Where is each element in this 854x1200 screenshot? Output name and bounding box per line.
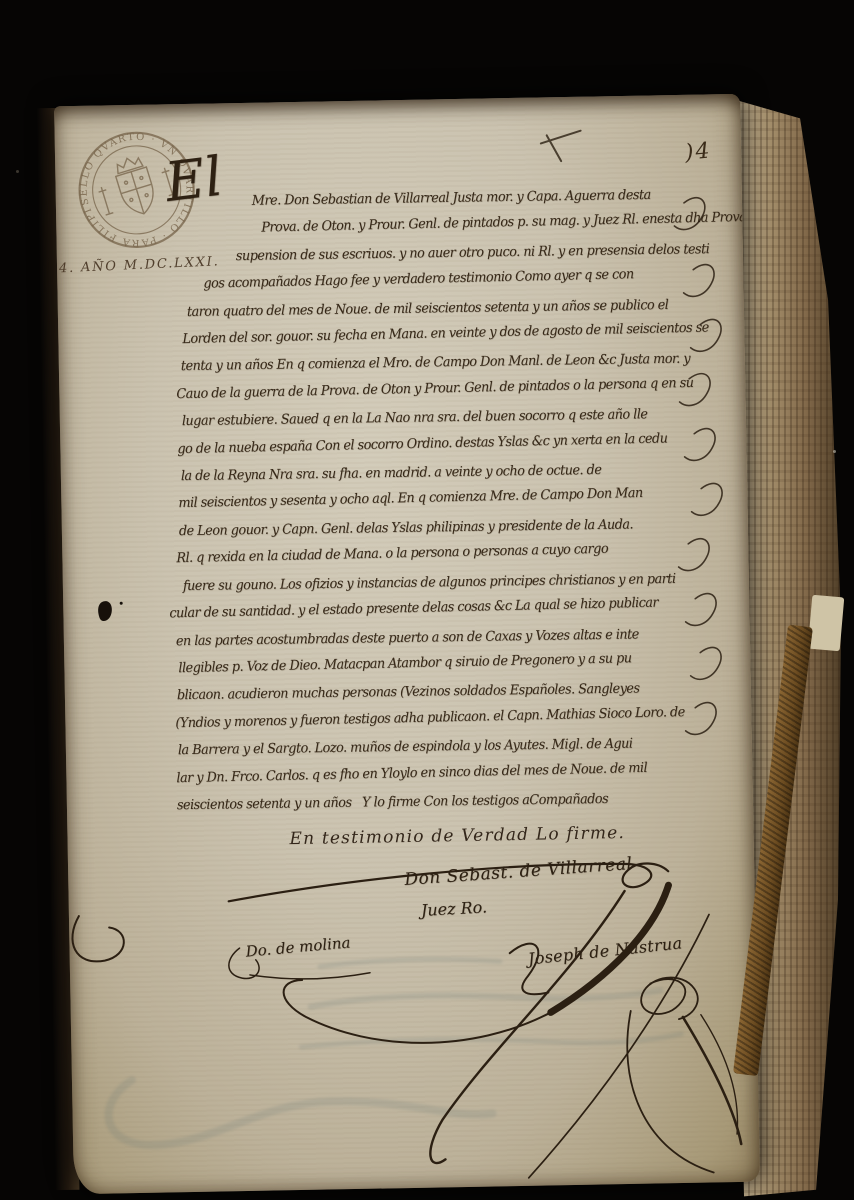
manuscript-page: SELLO QVARTO · VN QVARTILLO · PARA FILIP… [54, 94, 760, 1194]
ink-blot [98, 601, 123, 621]
manuscript-text-block: Mre. Don Sebastian de Villarreal Justa m… [161, 179, 749, 820]
dust-speck [16, 170, 19, 173]
folio-number: )4 [684, 139, 713, 165]
photo-background: SELLO QVARTO · VN QVARTILLO · PARA FILIP… [0, 0, 854, 1200]
invocation-cross-mark [541, 131, 582, 162]
signature-juez-rubric: Juez Ro. [420, 897, 487, 919]
page-marker-tab [808, 595, 845, 652]
dust-speck [833, 450, 836, 453]
signature-villarreal: Don Sebast. de Villarreal [404, 854, 633, 890]
closing-formula: En testimonio de Verdad Lo firme. [289, 822, 625, 850]
signature-flourishes [71, 861, 742, 1186]
signature-joseph: Joseph de Nastrua [527, 933, 683, 968]
signature-molina: Do. de molina [245, 933, 351, 960]
bleed-through-ghost-writing [106, 954, 683, 1145]
